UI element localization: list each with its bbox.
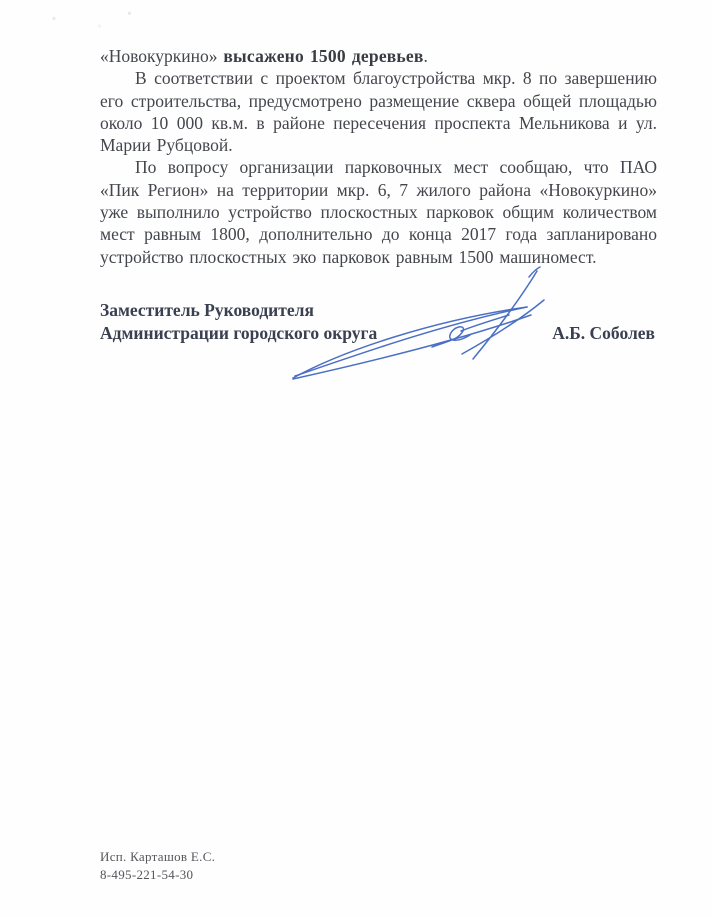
- scan-noise-artifact: [28, 8, 158, 34]
- executor-name: Исп. Карташов Е.С.: [100, 848, 215, 866]
- signer-title-line1: Заместитель Руководителя: [100, 299, 657, 322]
- intro-bold-text: высажено 1500 деревьев: [223, 46, 423, 66]
- document-page: «Новокуркино» высажено 1500 деревьев. В …: [0, 0, 713, 917]
- paragraph-improvement-plan: В соответствии с проектом благоустройств…: [100, 67, 657, 156]
- intro-suffix: .: [424, 46, 428, 66]
- executor-phone: 8-495-221-54-30: [100, 866, 215, 884]
- intro-prefix: «Новокуркино»: [100, 46, 223, 66]
- paragraph-parking: По вопросу организации парковочных мест …: [100, 156, 657, 267]
- letter-body: «Новокуркино» высажено 1500 деревьев. В …: [100, 45, 657, 268]
- signer-name: А.Б. Соболев: [552, 322, 655, 345]
- paragraph-intro: «Новокуркино» высажено 1500 деревьев.: [100, 45, 657, 67]
- executor-note: Исп. Карташов Е.С. 8-495-221-54-30: [100, 848, 215, 883]
- signature-block: Заместитель Руководителя Администрации г…: [100, 299, 657, 345]
